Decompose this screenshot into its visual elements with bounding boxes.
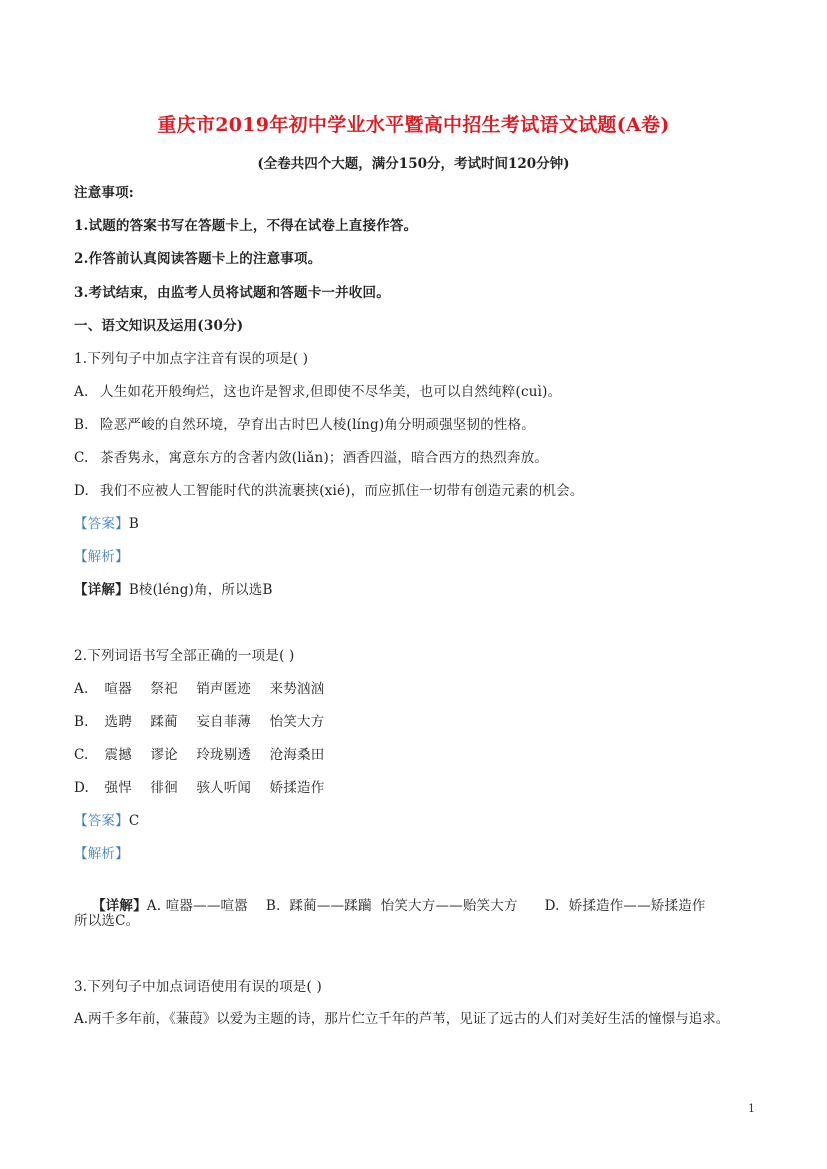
option-word: 强悍 (105, 779, 132, 797)
option-word: 妄自菲薄 (196, 713, 251, 731)
option-word: 沧海桑田 (270, 746, 325, 764)
question-1-option-c: C.茶香隽永，寓意东方的含著内敛(liǎn)；酒香四溢，暗合西方的热烈奔放。 (74, 449, 548, 467)
detail-label: 【详解】 (74, 582, 129, 598)
question-2-option-b: B. 选聘 蹂蔺 妄自菲薄 怡笑大方 (74, 713, 338, 731)
answer-label: 【答案】 (74, 813, 129, 829)
question-1-answer: 【答案】B (74, 515, 139, 533)
option-word: 销声匿迹 (196, 680, 251, 698)
question-2-option-c: C. 震撼 谬论 玲珑剔透 沧海桑田 (74, 746, 338, 764)
answer-value: C (129, 813, 140, 829)
document-title: 重庆市2019年初中学业水平暨高中招生考试语文试题(A卷) (0, 110, 827, 137)
document-page: 重庆市2019年初中学业水平暨高中招生考试语文试题(A卷) (全卷共四个大题，满… (0, 0, 827, 1169)
option-label: D. (74, 482, 100, 500)
answer-value: B (129, 516, 139, 532)
question-1-stem: 1.下列句子中加点字注音有误的项是( ) (74, 350, 308, 368)
option-word: 震撼 (105, 746, 132, 764)
option-word: 祭祀 (150, 680, 177, 698)
document-subtitle: (全卷共四个大题，满分150分，考试时间120分钟) (0, 152, 827, 172)
option-label: A. (74, 680, 100, 698)
question-1-option-a: A.人生如花开般绚烂，这也许是智求,但即使不尽华美，也可以自然纯粹(cuì)。 (74, 383, 561, 401)
option-label: D. (74, 779, 100, 797)
question-1-option-d: D.我们不应被人工智能时代的洪流裹挟(xié)，而应抓住一切带有创造元素的机会。 (74, 482, 584, 500)
option-word: 娇揉造作 (270, 779, 325, 797)
option-word: 选聘 (105, 713, 132, 731)
option-text: 人生如花开般绚烂，这也许是智求,但即使不尽华美，也可以自然纯粹(cuì)。 (100, 384, 561, 400)
section-heading: 一、语文知识及运用(30分) (74, 317, 243, 335)
answer-label: 【答案】 (74, 516, 129, 532)
question-1-detail: 【详解】B棱(léng)角，所以选B (74, 581, 273, 599)
question-3-option-a: A.两千多年前，《蒹葭》以爱为主题的诗，那片伫立千年的芦苇，见证了远古的人们对美… (74, 1003, 754, 1036)
page-number: 1 (748, 1102, 755, 1115)
detail-text: B棱(léng)角，所以选B (129, 582, 273, 598)
option-label: C. (74, 746, 100, 764)
option-label: B. (74, 416, 100, 434)
option-label: C. (74, 449, 100, 467)
option-label: A. (74, 383, 100, 401)
question-2-detail-conclusion: 所以选C。 (74, 912, 139, 930)
option-word: 谬论 (150, 746, 177, 764)
option-label: A. (74, 1011, 88, 1027)
option-word: 喧器 (105, 680, 132, 698)
option-text: 两千多年前，《蒹葭》以爱为主题的诗，那片伫立千年的芦苇，见证了远古的人们对美好生… (88, 1011, 729, 1027)
option-text: 我们不应被人工智能时代的洪流裹挟(xié)，而应抓住一切带有创造元素的机会。 (100, 483, 584, 499)
notice-item-2: 2.作答前认真阅读答题卡上的注意事项。 (74, 250, 321, 268)
question-1-analysis-label: 【解析】 (74, 548, 129, 566)
option-word: 蹂蔺 (150, 713, 177, 731)
option-text: 险恶严峻的自然环境，孕育出古时巴人棱(líng)角分明顽强坚韧的性格。 (100, 417, 535, 433)
notice-item-3: 3.考试结束，由监考人员将试题和答题卡一并收回。 (74, 284, 390, 302)
notice-heading: 注意事项: (74, 184, 134, 202)
question-2-analysis-label: 【解析】 (74, 845, 129, 863)
option-word: 玲珑剔透 (196, 746, 251, 764)
question-1-option-b: B.险恶严峻的自然环境，孕育出古时巴人棱(líng)角分明顽强坚韧的性格。 (74, 416, 535, 434)
option-text: 茶香隽永，寓意东方的含著内敛(liǎn)；酒香四溢，暗合西方的热烈奔放。 (100, 450, 548, 466)
question-2-answer: 【答案】C (74, 812, 139, 830)
question-2-option-a: A. 喧器 祭祀 销声匿迹 来势汹汹 (74, 680, 338, 698)
option-word: 徘徊 (150, 779, 177, 797)
option-word: 骇人听闻 (196, 779, 251, 797)
detail-text: A. 喧器——喧嚣 B. 蹂蔺——蹂躏 怡笑大方——贻笑大方 D. 娇揉造作——… (147, 898, 706, 914)
notice-item-1: 1.试题的答案书写在答题卡上，不得在试卷上直接作答。 (74, 217, 417, 235)
option-word: 怡笑大方 (270, 713, 325, 731)
option-label: B. (74, 713, 100, 731)
option-word: 来势汹汹 (270, 680, 325, 698)
question-3-stem: 3.下列句子中加点词语使用有误的项是( ) (74, 978, 322, 996)
question-2-detail: 【详解】A. 喧器——喧嚣 B. 蹂蔺——蹂躏 怡笑大方——贻笑大方 D. 娇揉… (74, 879, 706, 933)
question-2-option-d: D. 强悍 徘徊 骇人听闻 娇揉造作 (74, 779, 338, 797)
question-2-stem: 2.下列词语书写全部正确的一项是( ) (74, 647, 295, 665)
